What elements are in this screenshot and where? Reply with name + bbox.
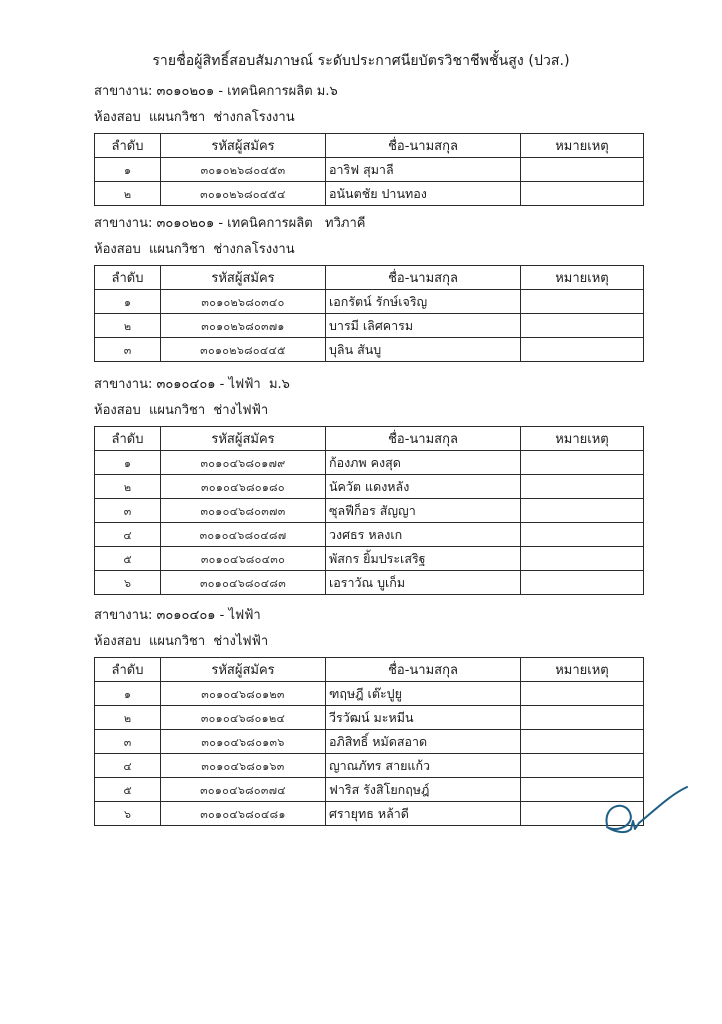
header-full-name: ชื่อ-นามสกุล [326, 266, 521, 290]
remark-cell [521, 338, 644, 362]
table-row: ๒๓๐๑๐๒๖๘๐๓๗๑บารมี เลิศคารม [95, 314, 644, 338]
branch-label: สาขางาน: ๓๐๑๐๒๐๑ - เทคนิคการผลิต ทวิภาคี [94, 213, 644, 239]
exam-room-label: ห้องสอบ แผนกวิชา ช่างกลโรงงาน [94, 107, 644, 133]
name-cell: บารมี เลิศคารม [326, 314, 521, 338]
order-cell: ๒ [95, 475, 161, 499]
table-row: ๑๓๐๑๐๒๖๘๐๔๕๓อาริฟ สุมาลี [95, 158, 644, 182]
order-cell: ๑ [95, 682, 161, 706]
name-cell: ฟาริส รังสิโยกฤษฎ์ [326, 778, 521, 802]
name-cell: ศรายุทธ หล้าดี [326, 802, 521, 826]
remark-cell [521, 523, 644, 547]
table-row: ๕๓๐๑๐๔๖๘๐๔๓๐พัสกร ยิ้มประเสริฐ [95, 547, 644, 571]
remark-cell [521, 547, 644, 571]
branch-label: สาขางาน: ๓๐๑๐๒๐๑ - เทคนิคการผลิต ม.๖ [94, 81, 644, 107]
applicant-id-cell: ๓๐๑๐๔๖๘๐๑๓๖ [161, 730, 326, 754]
applicant-id-cell: ๓๐๑๐๔๖๘๐๓๗๓ [161, 499, 326, 523]
order-cell: ๓ [95, 338, 161, 362]
header-order: ลำดับ [95, 658, 161, 682]
table-row: ๕๓๐๑๐๔๖๘๐๓๗๔ฟาริส รังสิโยกฤษฎ์ [95, 778, 644, 802]
name-cell: ก้องภพ คงสุด [326, 451, 521, 475]
name-cell: พัสกร ยิ้มประเสริฐ [326, 547, 521, 571]
applicant-id-cell: ๓๐๑๐๔๖๘๐๑๗๙ [161, 451, 326, 475]
applicant-id-cell: ๓๐๑๐๔๖๘๐๑๘๐ [161, 475, 326, 499]
candidate-table: ลำดับ รหัสผู้สมัคร ชื่อ-นามสกุล หมายเหตุ… [94, 133, 644, 206]
applicant-id-cell: ๓๐๑๐๔๖๘๐๑๒๓ [161, 682, 326, 706]
applicant-id-cell: ๓๐๑๐๒๖๘๐๔๕๔ [161, 182, 326, 206]
remark-cell [521, 754, 644, 778]
header-order: ลำดับ [95, 427, 161, 451]
candidate-table: ลำดับ รหัสผู้สมัคร ชื่อ-นามสกุล หมายเหตุ… [94, 265, 644, 362]
header-full-name: ชื่อ-นามสกุล [326, 658, 521, 682]
order-cell: ๒ [95, 314, 161, 338]
order-cell: ๖ [95, 802, 161, 826]
table-row: ๔๓๐๑๐๔๖๘๐๔๘๗วงศธร หลงเก [95, 523, 644, 547]
remark-cell [521, 571, 644, 595]
applicant-id-cell: ๓๐๑๐๒๖๘๐๔๕๓ [161, 158, 326, 182]
table-row: ๒๓๐๑๐๒๖๘๐๔๕๔อนันตชัย ปานทอง [95, 182, 644, 206]
name-cell: นัควัต แดงหลัง [326, 475, 521, 499]
table-row: ๒๓๐๑๐๔๖๘๐๑๘๐นัควัต แดงหลัง [95, 475, 644, 499]
applicant-id-cell: ๓๐๑๐๔๖๘๐๑๖๓ [161, 754, 326, 778]
header-order: ลำดับ [95, 134, 161, 158]
table-row: ๒๓๐๑๐๔๖๘๐๑๒๔วีรวัฒน์ มะหมีน [95, 706, 644, 730]
signature-mark [595, 785, 695, 845]
order-cell: ๔ [95, 754, 161, 778]
table-row: ๖๓๐๑๐๔๖๘๐๔๘๑ศรายุทธ หล้าดี [95, 802, 644, 826]
table-row: ๓๓๐๑๐๔๖๘๐๓๗๓ซุลฟีก็อร สัญญา [95, 499, 644, 523]
remark-cell [521, 451, 644, 475]
applicant-id-cell: ๓๐๑๐๔๖๘๐๔๘๑ [161, 802, 326, 826]
header-remark: หมายเหตุ [521, 658, 644, 682]
branch-label: สาขางาน: ๓๐๑๐๔๐๑ - ไฟฟ้า ม.๖ [94, 374, 644, 400]
exam-room-label: ห้องสอบ แผนกวิชา ช่างไฟฟ้า [94, 400, 644, 426]
order-cell: ๓ [95, 499, 161, 523]
candidate-table: ลำดับ รหัสผู้สมัคร ชื่อ-นามสกุล หมายเหตุ… [94, 426, 644, 595]
section-electrical-m6: สาขางาน: ๓๐๑๐๔๐๑ - ไฟฟ้า ม.๖ ห้องสอบ แผน… [94, 374, 644, 595]
applicant-id-cell: ๓๐๑๐๒๖๘๐๓๗๑ [161, 314, 326, 338]
order-cell: ๒ [95, 182, 161, 206]
order-cell: ๕ [95, 547, 161, 571]
name-cell: ฑฤษฎี เต๊ะปูยู [326, 682, 521, 706]
applicant-id-cell: ๓๐๑๐๔๖๘๐๑๒๔ [161, 706, 326, 730]
remark-cell [521, 730, 644, 754]
header-applicant-id: รหัสผู้สมัคร [161, 134, 326, 158]
candidate-table: ลำดับ รหัสผู้สมัคร ชื่อ-นามสกุล หมายเหตุ… [94, 657, 644, 826]
order-cell: ๖ [95, 571, 161, 595]
name-cell: เอราวัณ บูเก็ม [326, 571, 521, 595]
table-row: ๑๓๐๑๐๔๖๘๐๑๗๙ก้องภพ คงสุด [95, 451, 644, 475]
header-remark: หมายเหตุ [521, 266, 644, 290]
order-cell: ๑ [95, 158, 161, 182]
table-row: ๑๓๐๑๐๔๖๘๐๑๒๓ฑฤษฎี เต๊ะปูยู [95, 682, 644, 706]
name-cell: บุลิน สันบู [326, 338, 521, 362]
name-cell: อนันตชัย ปานทอง [326, 182, 521, 206]
order-cell: ๑ [95, 451, 161, 475]
order-cell: ๒ [95, 706, 161, 730]
header-full-name: ชื่อ-นามสกุล [326, 134, 521, 158]
name-cell: วงศธร หลงเก [326, 523, 521, 547]
table-row: ๖๓๐๑๐๔๖๘๐๔๘๓เอราวัณ บูเก็ม [95, 571, 644, 595]
header-full-name: ชื่อ-นามสกุล [326, 427, 521, 451]
applicant-id-cell: ๓๐๑๐๒๖๘๐๔๔๕ [161, 338, 326, 362]
table-row: ๓๓๐๑๐๔๖๘๐๑๓๖อภิสิทธิ์ หมัดสอาด [95, 730, 644, 754]
header-applicant-id: รหัสผู้สมัคร [161, 658, 326, 682]
table-row: ๔๓๐๑๐๔๖๘๐๑๖๓ญาณภัทร สายแก้ว [95, 754, 644, 778]
order-cell: ๓ [95, 730, 161, 754]
header-applicant-id: รหัสผู้สมัคร [161, 427, 326, 451]
name-cell: อภิสิทธิ์ หมัดสอาด [326, 730, 521, 754]
applicant-id-cell: ๓๐๑๐๔๖๘๐๔๓๐ [161, 547, 326, 571]
section-production-m6: สาขางาน: ๓๐๑๐๒๐๑ - เทคนิคการผลิต ม.๖ ห้อ… [94, 81, 644, 206]
order-cell: ๕ [95, 778, 161, 802]
header-remark: หมายเหตุ [521, 427, 644, 451]
exam-room-label: ห้องสอบ แผนกวิชา ช่างกลโรงงาน [94, 239, 644, 265]
branch-label: สาขางาน: ๓๐๑๐๔๐๑ - ไฟฟ้า [94, 605, 644, 631]
remark-cell [521, 475, 644, 499]
applicant-id-cell: ๓๐๑๐๔๖๘๐๔๘๗ [161, 523, 326, 547]
remark-cell [521, 290, 644, 314]
applicant-id-cell: ๓๐๑๐๔๖๘๐๓๗๔ [161, 778, 326, 802]
order-cell: ๑ [95, 290, 161, 314]
name-cell: อาริฟ สุมาลี [326, 158, 521, 182]
remark-cell [521, 182, 644, 206]
name-cell: วีรวัฒน์ มะหมีน [326, 706, 521, 730]
exam-room-label: ห้องสอบ แผนกวิชา ช่างไฟฟ้า [94, 631, 644, 657]
remark-cell [521, 158, 644, 182]
header-order: ลำดับ [95, 266, 161, 290]
table-row: ๓๓๐๑๐๒๖๘๐๔๔๕บุลิน สันบู [95, 338, 644, 362]
remark-cell [521, 314, 644, 338]
header-applicant-id: รหัสผู้สมัคร [161, 266, 326, 290]
section-electrical: สาขางาน: ๓๐๑๐๔๐๑ - ไฟฟ้า ห้องสอบ แผนกวิช… [94, 605, 644, 826]
document-title: รายชื่อผู้สิทธิ์สอบสัมภาษณ์ ระดับประกาศน… [0, 50, 722, 72]
order-cell: ๔ [95, 523, 161, 547]
name-cell: เอกรัตน์ รักษ์เจริญ [326, 290, 521, 314]
name-cell: ญาณภัทร สายแก้ว [326, 754, 521, 778]
remark-cell [521, 682, 644, 706]
applicant-id-cell: ๓๐๑๐๒๖๘๐๓๔๐ [161, 290, 326, 314]
remark-cell [521, 706, 644, 730]
remark-cell [521, 499, 644, 523]
name-cell: ซุลฟีก็อร สัญญา [326, 499, 521, 523]
header-remark: หมายเหตุ [521, 134, 644, 158]
section-production-dual: สาขางาน: ๓๐๑๐๒๐๑ - เทคนิคการผลิต ทวิภาคี… [94, 213, 644, 362]
table-row: ๑๓๐๑๐๒๖๘๐๓๔๐เอกรัตน์ รักษ์เจริญ [95, 290, 644, 314]
applicant-id-cell: ๓๐๑๐๔๖๘๐๔๘๓ [161, 571, 326, 595]
